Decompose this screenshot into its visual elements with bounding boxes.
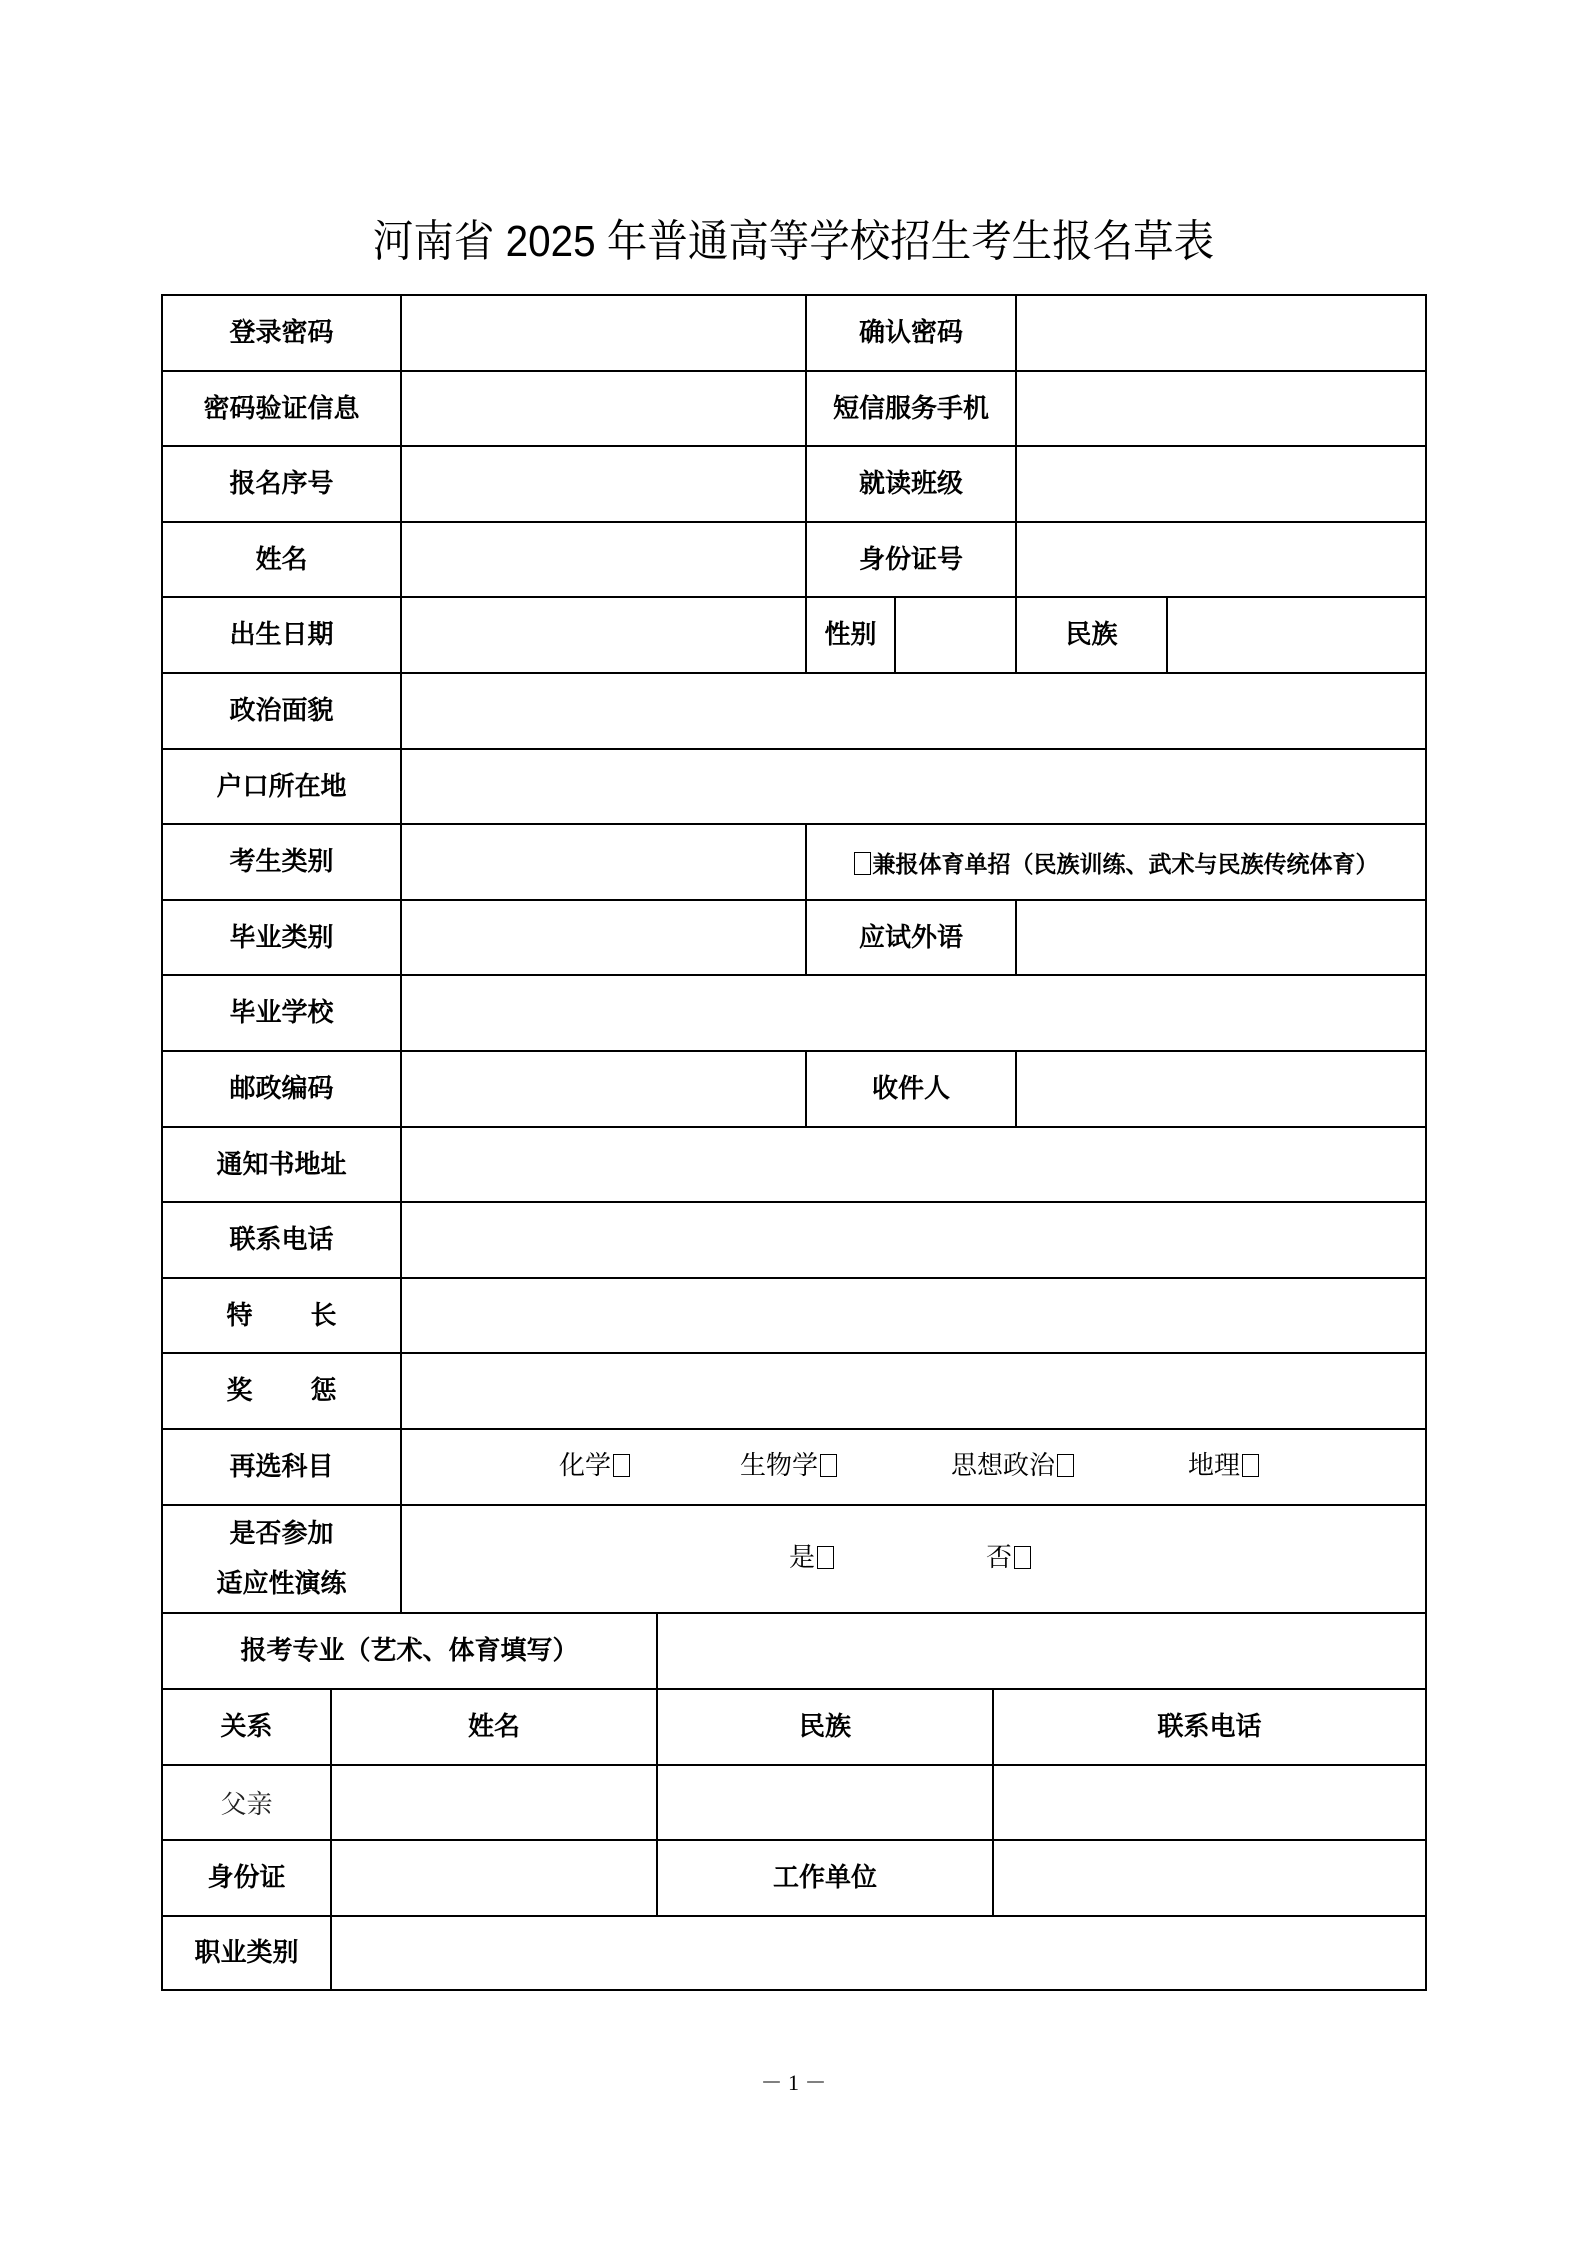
subject-option-geography[interactable]: 地理 [1188,1451,1259,1481]
label-political-status: 政治面貌 [161,672,402,750]
label-text: 奖惩 [227,1376,337,1406]
label-notice-address: 通知书地址 [161,1126,402,1203]
label-text: 职业类别 [194,1938,298,1968]
label-confirm-password: 确认密码 [805,294,1017,372]
label-char: 长 [310,1301,336,1331]
login-password-field[interactable] [400,294,807,372]
label-text: 密码验证信息 [203,394,359,424]
relation-text: 父亲 [220,1784,272,1821]
class-field[interactable] [1015,445,1427,523]
header-text: 关系 [220,1712,272,1742]
page-title: 河南省 2025 年普通高等学校招生考生报名草表 [63,214,1523,270]
label-graduation-school: 毕业学校 [161,974,402,1052]
label-text: 就读班级 [859,469,963,499]
header-text: 民族 [799,1712,851,1742]
label-login-password: 登录密码 [161,294,402,372]
postal-code-field[interactable] [400,1050,807,1128]
label-text: 收件人 [872,1074,950,1104]
adaptive-drill-option-no[interactable]: 否 [986,1543,1031,1573]
label-text: 再选科目 [229,1452,333,1482]
label-text: 通知书地址 [216,1150,346,1180]
gender-field[interactable] [894,596,1017,674]
option-text: 否 [986,1543,1012,1573]
label-text: 政治面貌 [229,696,333,726]
label-id-card: 身份证 [161,1839,332,1917]
label-text-line1: 是否参加 [229,1509,333,1559]
label-rewards-punishments: 奖惩 [161,1352,402,1430]
label-recipient: 收件人 [805,1050,1017,1128]
subject-option-chemistry[interactable]: 化学 [559,1451,630,1481]
label-text: 毕业类别 [229,923,333,953]
label-contact-phone: 联系电话 [161,1201,402,1279]
checkbox-icon[interactable] [817,1546,834,1569]
label-text: 邮政编码 [229,1074,333,1104]
checkbox-icon[interactable] [1057,1454,1074,1477]
recipient-field[interactable] [1015,1050,1427,1128]
checkbox-icon[interactable] [820,1454,837,1477]
sms-phone-field[interactable] [1015,370,1427,447]
label-sms-phone: 短信服务手机 [805,370,1017,447]
label-text: 确认密码 [859,318,963,348]
sports-single-recruit-option[interactable]: 兼报体育单招（民族训练、武术与民族传统体育） [805,823,1427,901]
label-text: 特长 [227,1301,337,1331]
label-ethnicity: 民族 [1015,596,1168,674]
header-name: 姓名 [330,1688,658,1766]
father-name-field[interactable] [330,1764,658,1841]
label-household-location: 户口所在地 [161,748,402,825]
checkbox-icon[interactable] [854,852,871,875]
work-unit-field[interactable] [992,1839,1427,1917]
father-phone-field[interactable] [992,1764,1427,1841]
specialty-field[interactable] [400,1277,1427,1354]
option-text: 化学 [559,1451,611,1481]
label-text: 身份证 [207,1863,285,1893]
header-phone: 联系电话 [992,1688,1427,1766]
label-applied-major: 报考专业（艺术、体育填写） [161,1612,658,1690]
label-char: 特 [227,1301,253,1331]
label-postal-code: 邮政编码 [161,1050,402,1128]
password-verify-info-field[interactable] [400,370,807,447]
option-text: 是 [789,1543,815,1573]
applied-major-field[interactable] [656,1612,1427,1690]
label-class: 就读班级 [805,445,1017,523]
label-text: 户口所在地 [216,772,346,802]
occupation-category-field[interactable] [330,1915,1427,1991]
relation-father: 父亲 [161,1764,332,1841]
graduation-school-field[interactable] [400,974,1427,1052]
header-text: 姓名 [468,1712,520,1742]
checkbox-icon[interactable] [613,1454,630,1477]
name-field[interactable] [400,521,807,598]
label-text: 工作单位 [773,1863,877,1893]
label-text: 性别 [824,620,876,650]
header-text: 联系电话 [1157,1712,1261,1742]
label-text: 联系电话 [229,1225,333,1255]
subject-option-biology[interactable]: 生物学 [740,1451,837,1481]
label-text: 考生类别 [229,847,333,877]
option-text: 地理 [1188,1451,1240,1481]
label-text: 出生日期 [229,620,333,650]
label-char: 奖 [227,1376,253,1406]
foreign-language-field[interactable] [1015,899,1427,976]
label-text-line2: 适应性演练 [216,1559,346,1609]
option-text: 生物学 [740,1451,818,1481]
label-text: 报名序号 [229,469,333,499]
label-registration-no: 报名序号 [161,445,402,523]
checkbox-icon[interactable] [1242,1454,1259,1477]
contact-phone-field[interactable] [400,1201,1427,1279]
adaptive-drill-group [400,1504,1427,1614]
label-id-number: 身份证号 [805,521,1017,598]
adaptive-drill-option-yes[interactable]: 是 [789,1543,834,1573]
label-occupation-category: 职业类别 [161,1915,332,1991]
birth-date-field[interactable] [400,596,807,674]
label-char: 惩 [310,1376,336,1406]
label-specialty: 特长 [161,1277,402,1354]
id-number-field[interactable] [1015,521,1427,598]
label-foreign-language: 应试外语 [805,899,1017,976]
label-graduation-category: 毕业类别 [161,899,402,976]
subject-option-politics[interactable]: 思想政治 [951,1451,1074,1481]
label-password-verify-info: 密码验证信息 [161,370,402,447]
father-ethnicity-field[interactable] [656,1764,994,1841]
label-adaptive-drill: 是否参加 适应性演练 [161,1504,402,1614]
label-text: 毕业学校 [229,998,333,1028]
ethnicity-field[interactable] [1166,596,1427,674]
label-candidate-category: 考生类别 [161,823,402,901]
label-gender: 性别 [805,596,896,674]
label-text: 姓名 [255,545,307,575]
label-text: 民族 [1065,620,1117,650]
header-ethnicity: 民族 [656,1688,994,1766]
option-text: 兼报体育单招（民族训练、武术与民族传统体育） [873,851,1379,878]
rewards-punishments-field[interactable] [400,1352,1427,1430]
label-text: 短信服务手机 [833,394,989,424]
checkbox-icon[interactable] [1014,1546,1031,1569]
label-elective-subjects: 再选科目 [161,1428,402,1506]
household-location-field[interactable] [400,748,1427,825]
label-work-unit: 工作单位 [656,1839,994,1917]
label-text: 应试外语 [859,923,963,953]
graduation-category-field[interactable] [400,899,807,976]
label-birth-date: 出生日期 [161,596,402,674]
option-text: 思想政治 [951,1451,1055,1481]
label-text: 报考专业（艺术、体育填写） [240,1636,578,1666]
header-relation: 关系 [161,1688,332,1766]
confirm-password-field[interactable] [1015,294,1427,372]
sports-single-recruit-label: 兼报体育单招（民族训练、武术与民族传统体育） [854,846,1379,879]
candidate-category-field[interactable] [400,823,807,901]
political-status-field[interactable] [400,672,1427,750]
elective-subjects-group [400,1428,1427,1506]
label-text: 登录密码 [229,318,333,348]
registration-no-field[interactable] [400,445,807,523]
label-text: 身份证号 [859,545,963,575]
id-card-field[interactable] [330,1839,658,1917]
page-number: － 1 － [0,2066,1587,2097]
notice-address-field[interactable] [400,1126,1427,1203]
label-name: 姓名 [161,521,402,598]
